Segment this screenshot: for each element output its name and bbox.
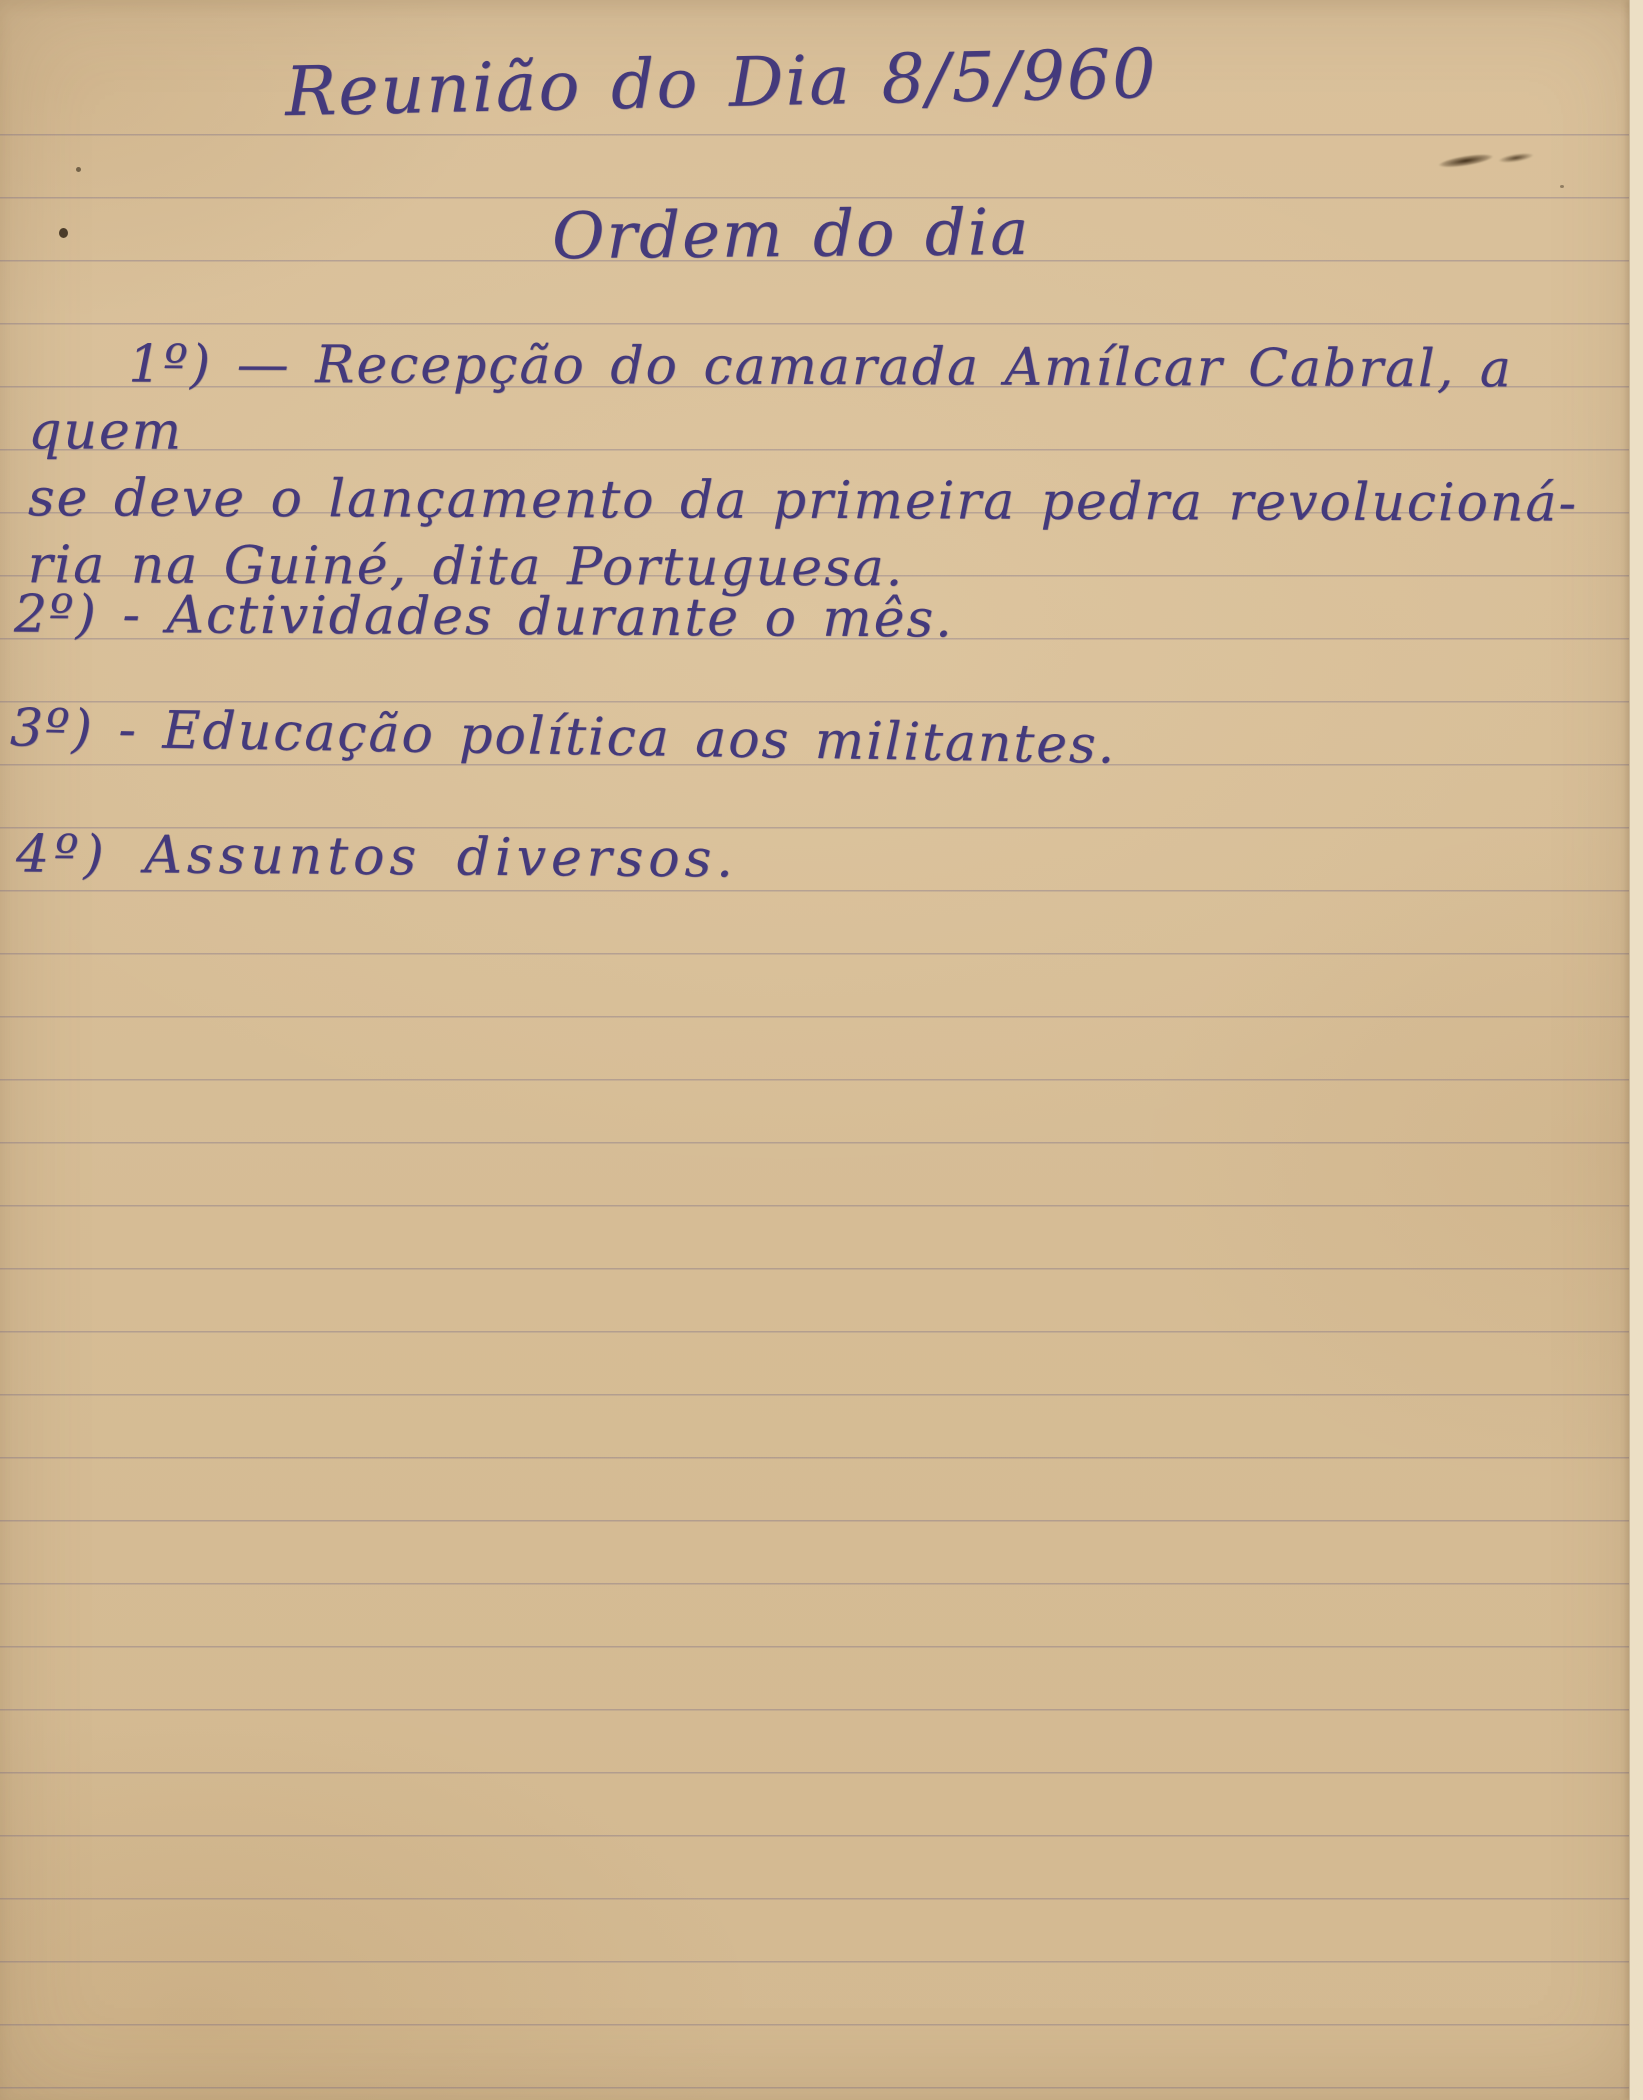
agenda-item-4: 4º) Assuntos diversos. <box>16 821 738 893</box>
ink-smudge <box>1437 139 1544 181</box>
agenda-item-3-number: 3º) - <box>10 698 139 760</box>
agenda-item-4-number: 4º) <box>16 824 109 885</box>
agenda-item-4-text: Assuntos diversos. <box>144 825 738 889</box>
paper-speck <box>1560 185 1564 188</box>
agenda-heading: Ordem do dia <box>552 196 1031 274</box>
agenda-item-1-number: 1º) — <box>128 335 291 396</box>
agenda-item-2-number: 2º) - <box>14 585 142 646</box>
agenda-item-3: 3º) - Educação política aos militantes. <box>10 695 1117 779</box>
paper-speck <box>59 228 68 238</box>
document-title: Reunião do Dia 8/5/960 <box>284 35 1158 132</box>
scan-edge-strip <box>1629 0 1643 2100</box>
agenda-item-2: 2º) - Actividades durante o mês. <box>14 582 954 654</box>
notebook-page: Reunião do Dia 8/5/960 Ordem do dia 1º) … <box>0 0 1643 2100</box>
agenda-item-1: 1º) — Recepção do camarada Amílcar Cabra… <box>28 331 1634 605</box>
paper-speck <box>76 167 81 172</box>
agenda-item-2-text: Actividades durante o mês. <box>166 585 954 649</box>
agenda-item-3-text: Educação política aos militantes. <box>162 701 1117 776</box>
